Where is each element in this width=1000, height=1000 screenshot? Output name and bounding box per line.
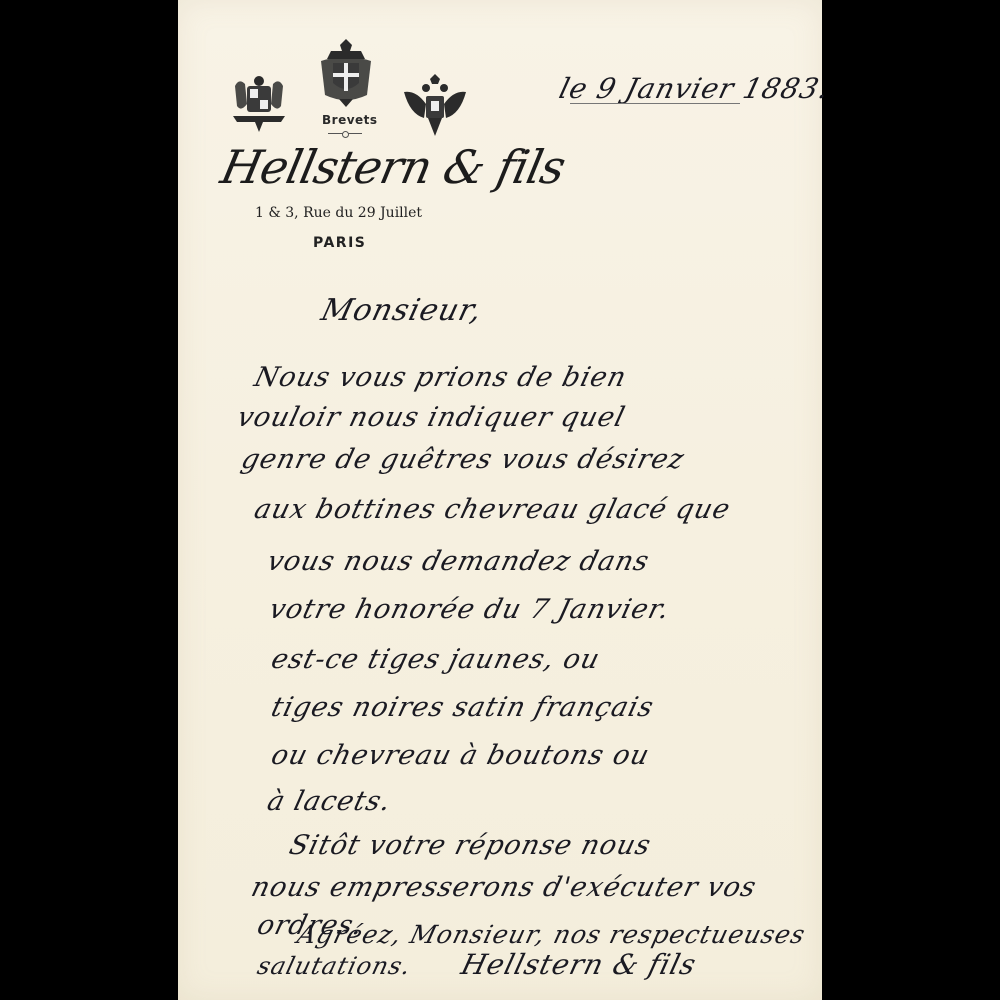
body-line: vouloir nous indiquer quel (234, 402, 628, 433)
body-line: genre de guêtres vous désirez (238, 444, 688, 475)
firm-name: Hellstern & fils (216, 140, 569, 194)
body-line: nous empresserons d'exécuter vos (248, 872, 760, 903)
body-line: votre honorée du 7 Janvier. (266, 594, 673, 625)
date-underline (570, 103, 740, 104)
signature: Hellstern & fils (458, 948, 700, 981)
letter-date: le 9 Janvier 1883. (556, 72, 833, 105)
brevets-label: Brevets (322, 113, 378, 127)
body-line: tiges noires satin français (268, 692, 657, 723)
royal-coat-of-arms-icon (225, 72, 293, 136)
body-line: Sitôt votre réponse nous (286, 830, 654, 861)
body-line: aux bottines chevreau glacé que (251, 494, 734, 525)
double-headed-eagle-icon (402, 72, 468, 142)
body-line: Agréez, Monsieur, nos respectueuses (294, 920, 808, 949)
firm-city: PARIS (313, 235, 366, 251)
salutation: Monsieur, (318, 293, 486, 328)
body-line: salutations. (255, 952, 415, 980)
body-line: est-ce tiges jaunes, ou (268, 644, 603, 675)
body-line: à lacets. (264, 786, 395, 817)
crowned-mantle-arms-icon (313, 37, 379, 109)
ornament-divider (328, 133, 362, 134)
body-line: vous nous demandez dans (264, 546, 653, 577)
body-line: Nous vous prions de bien (251, 362, 630, 393)
firm-address: 1 & 3, Rue du 29 Juillet (255, 205, 422, 221)
body-line: ou chevreau à boutons ou (268, 740, 653, 771)
